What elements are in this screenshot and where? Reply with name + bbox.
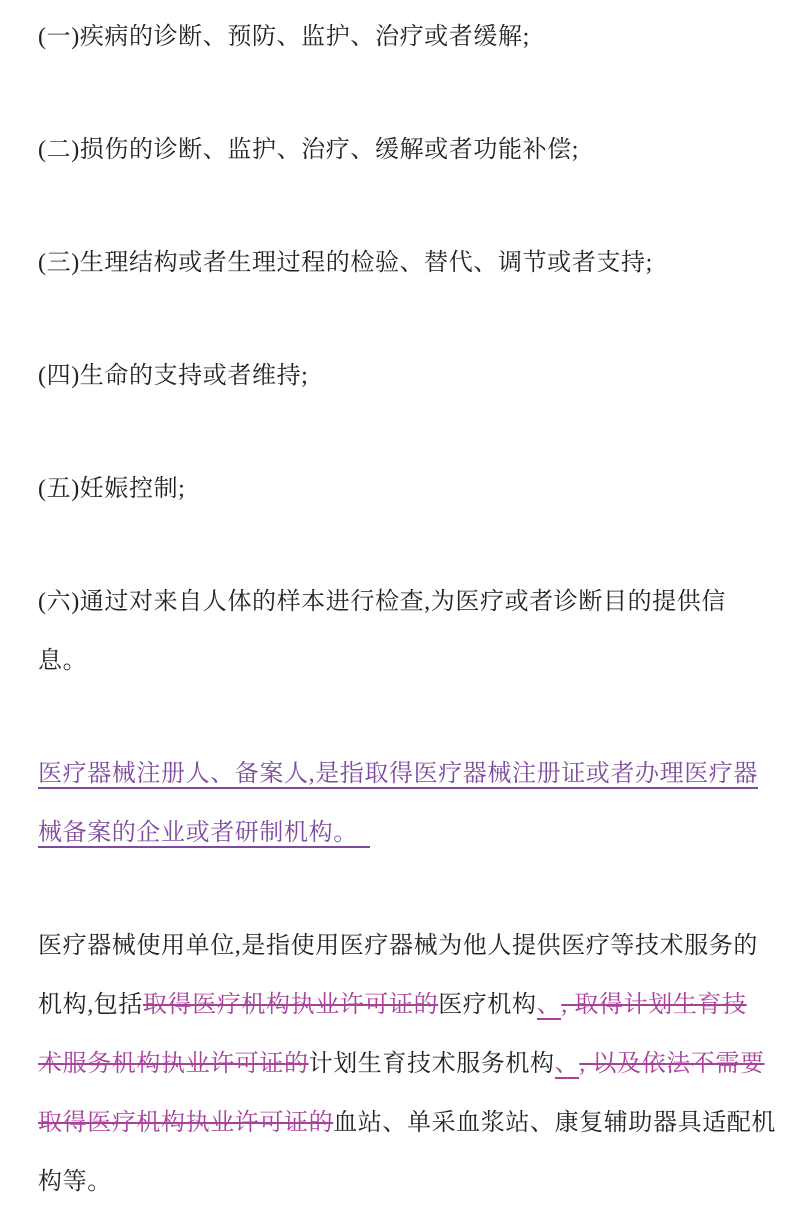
text-line: (三)生理结构或者生理过程的检验、替代、调节或者支持;: [38, 234, 776, 293]
text-line: (一)疾病的诊断、预防、监护、治疗或者缓解;: [38, 8, 776, 67]
text-line: 构等。: [38, 1153, 776, 1212]
text-line: 机构,包括取得医疗机构执业许可证的医疗机构、, 取得计划生育技: [38, 976, 776, 1035]
deleted-text: , 以及依法不需要: [579, 1051, 764, 1077]
text-line: 医疗器械使用单位,是指使用医疗器械为他人提供医疗等技术服务的: [38, 917, 776, 976]
text-line: 术服务机构执业许可证的计划生育技术服务机构、, 以及依法不需要: [38, 1035, 776, 1094]
definition-registrant-inserted: 医疗器械注册人、备案人,是指取得医疗器械注册证或者办理医疗器械备案的企业或者研制…: [38, 745, 776, 863]
document-page: (一)疾病的诊断、预防、监护、治疗或者缓解;(二)损伤的诊断、监护、治疗、缓解或…: [0, 0, 809, 1213]
body-text: 血站、单采血浆站、康复辅助器具适配机: [333, 1110, 776, 1136]
text-line: 取得医疗机构执业许可证的血站、单采血浆站、康复辅助器具适配机: [38, 1094, 776, 1153]
text-line: 医疗器械注册人、备案人,是指取得医疗器械注册证或者办理医疗器: [38, 745, 776, 804]
body-text: (二)损伤的诊断、监护、治疗、缓解或者功能补偿;: [38, 137, 579, 163]
body-text: (三)生理结构或者生理过程的检验、替代、调节或者支持;: [38, 250, 653, 276]
text-line: (二)损伤的诊断、监护、治疗、缓解或者功能补偿;: [38, 121, 776, 180]
body-text: 息。: [38, 648, 87, 674]
deleted-text: 取得医疗机构执业许可证的: [143, 992, 438, 1018]
clause-1: (一)疾病的诊断、预防、监护、治疗或者缓解;: [38, 8, 776, 67]
deleted-text: , 取得计划生育技: [561, 992, 746, 1018]
body-text: 构等。: [38, 1169, 112, 1195]
body-text: (一)疾病的诊断、预防、监护、治疗或者缓解;: [38, 24, 530, 50]
body-text: (四)生命的支持或者维持;: [38, 363, 308, 389]
clause-3: (三)生理结构或者生理过程的检验、替代、调节或者支持;: [38, 234, 776, 293]
text-line: 息。: [38, 632, 776, 691]
definition-user-unit-revised: 医疗器械使用单位,是指使用医疗器械为他人提供医疗等技术服务的机构,包括取得医疗机…: [38, 917, 776, 1212]
deleted-text: 取得医疗机构执业许可证的: [38, 1110, 333, 1136]
text-line: (四)生命的支持或者维持;: [38, 347, 776, 406]
body-text: (六)通过对来自人体的样本进行检查,为医疗或者诊断目的提供信: [38, 589, 726, 615]
body-text: 计划生育技术服务机构: [309, 1051, 555, 1077]
inserted-paragraph-text: 医疗器械注册人、备案人,是指取得医疗器械注册证或者办理医疗器: [38, 761, 758, 789]
inserted-paragraph-text: 械备案的企业或者研制机构。: [38, 820, 370, 848]
text-line: (六)通过对来自人体的样本进行检查,为医疗或者诊断目的提供信: [38, 573, 776, 632]
body-text: 医疗机构: [438, 992, 536, 1018]
clause-4: (四)生命的支持或者维持;: [38, 347, 776, 406]
deleted-text: 术服务机构执业许可证的: [38, 1051, 309, 1077]
body-text: 机构,包括: [38, 992, 143, 1018]
text-line: 械备案的企业或者研制机构。: [38, 804, 776, 863]
body-text: (五)妊娠控制;: [38, 476, 185, 502]
clause-2: (二)损伤的诊断、监护、治疗、缓解或者功能补偿;: [38, 121, 776, 180]
text-line: (五)妊娠控制;: [38, 460, 776, 519]
paragraph-list: (一)疾病的诊断、预防、监护、治疗或者缓解;(二)损伤的诊断、监护、治疗、缓解或…: [38, 8, 776, 1212]
inserted-text: 、: [537, 992, 562, 1020]
clause-5: (五)妊娠控制;: [38, 460, 776, 519]
clause-6: (六)通过对来自人体的样本进行检查,为医疗或者诊断目的提供信息。: [38, 573, 776, 691]
body-text: 医疗器械使用单位,是指使用医疗器械为他人提供医疗等技术服务的: [38, 933, 758, 959]
inserted-text: 、: [555, 1051, 580, 1079]
